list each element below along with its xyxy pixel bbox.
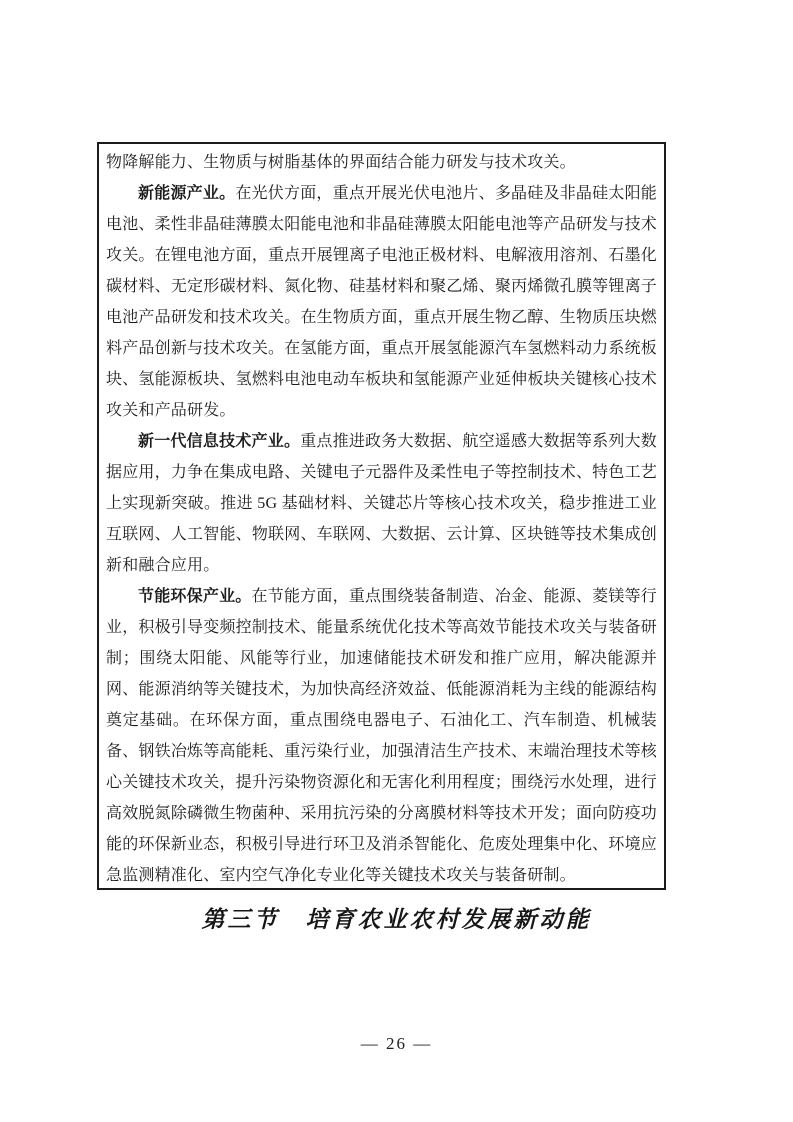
paragraph-lead: 新能源产业。	[138, 185, 235, 202]
body-paragraph: 物降解能力、生物质与树脂基体的界面结合能力研发与技术攻关。	[106, 147, 657, 178]
section-heading: 第三节 培育农业农村发展新动能	[0, 901, 793, 934]
paragraph-text: 在光伏方面，重点开展光伏电池片、多晶硅及非晶硅太阳能电池、柔性非晶硅薄膜太阳能电…	[106, 185, 657, 419]
content-box: 物降解能力、生物质与树脂基体的界面结合能力研发与技术攻关。新能源产业。在光伏方面…	[97, 142, 666, 890]
paragraph-text: 在节能方面，重点围绕装备制造、冶金、能源、菱镁等行业，积极引导变频控制技术、能量…	[106, 588, 657, 884]
paragraph-lead: 新一代信息技术产业。	[138, 433, 300, 450]
paragraph-lead: 节能环保产业。	[138, 588, 252, 605]
body-paragraph: 新一代信息技术产业。重点推进政务大数据、航空遥感大数据等系列大数据应用，力争在集…	[106, 426, 657, 581]
paragraph-text: 物降解能力、生物质与树脂基体的界面结合能力研发与技术攻关。	[106, 154, 576, 171]
page-number: — 26 —	[0, 1034, 793, 1054]
paragraph-text: 重点推进政务大数据、航空遥感大数据等系列大数据应用，力争在集成电路、关键电子元器…	[106, 433, 657, 574]
body-paragraph: 新能源产业。在光伏方面，重点开展光伏电池片、多晶硅及非晶硅太阳能电池、柔性非晶硅…	[106, 178, 657, 426]
body-paragraph: 节能环保产业。在节能方面，重点围绕装备制造、冶金、能源、菱镁等行业，积极引导变频…	[106, 581, 657, 890]
document-page: 物降解能力、生物质与树脂基体的界面结合能力研发与技术攻关。新能源产业。在光伏方面…	[0, 0, 793, 1122]
